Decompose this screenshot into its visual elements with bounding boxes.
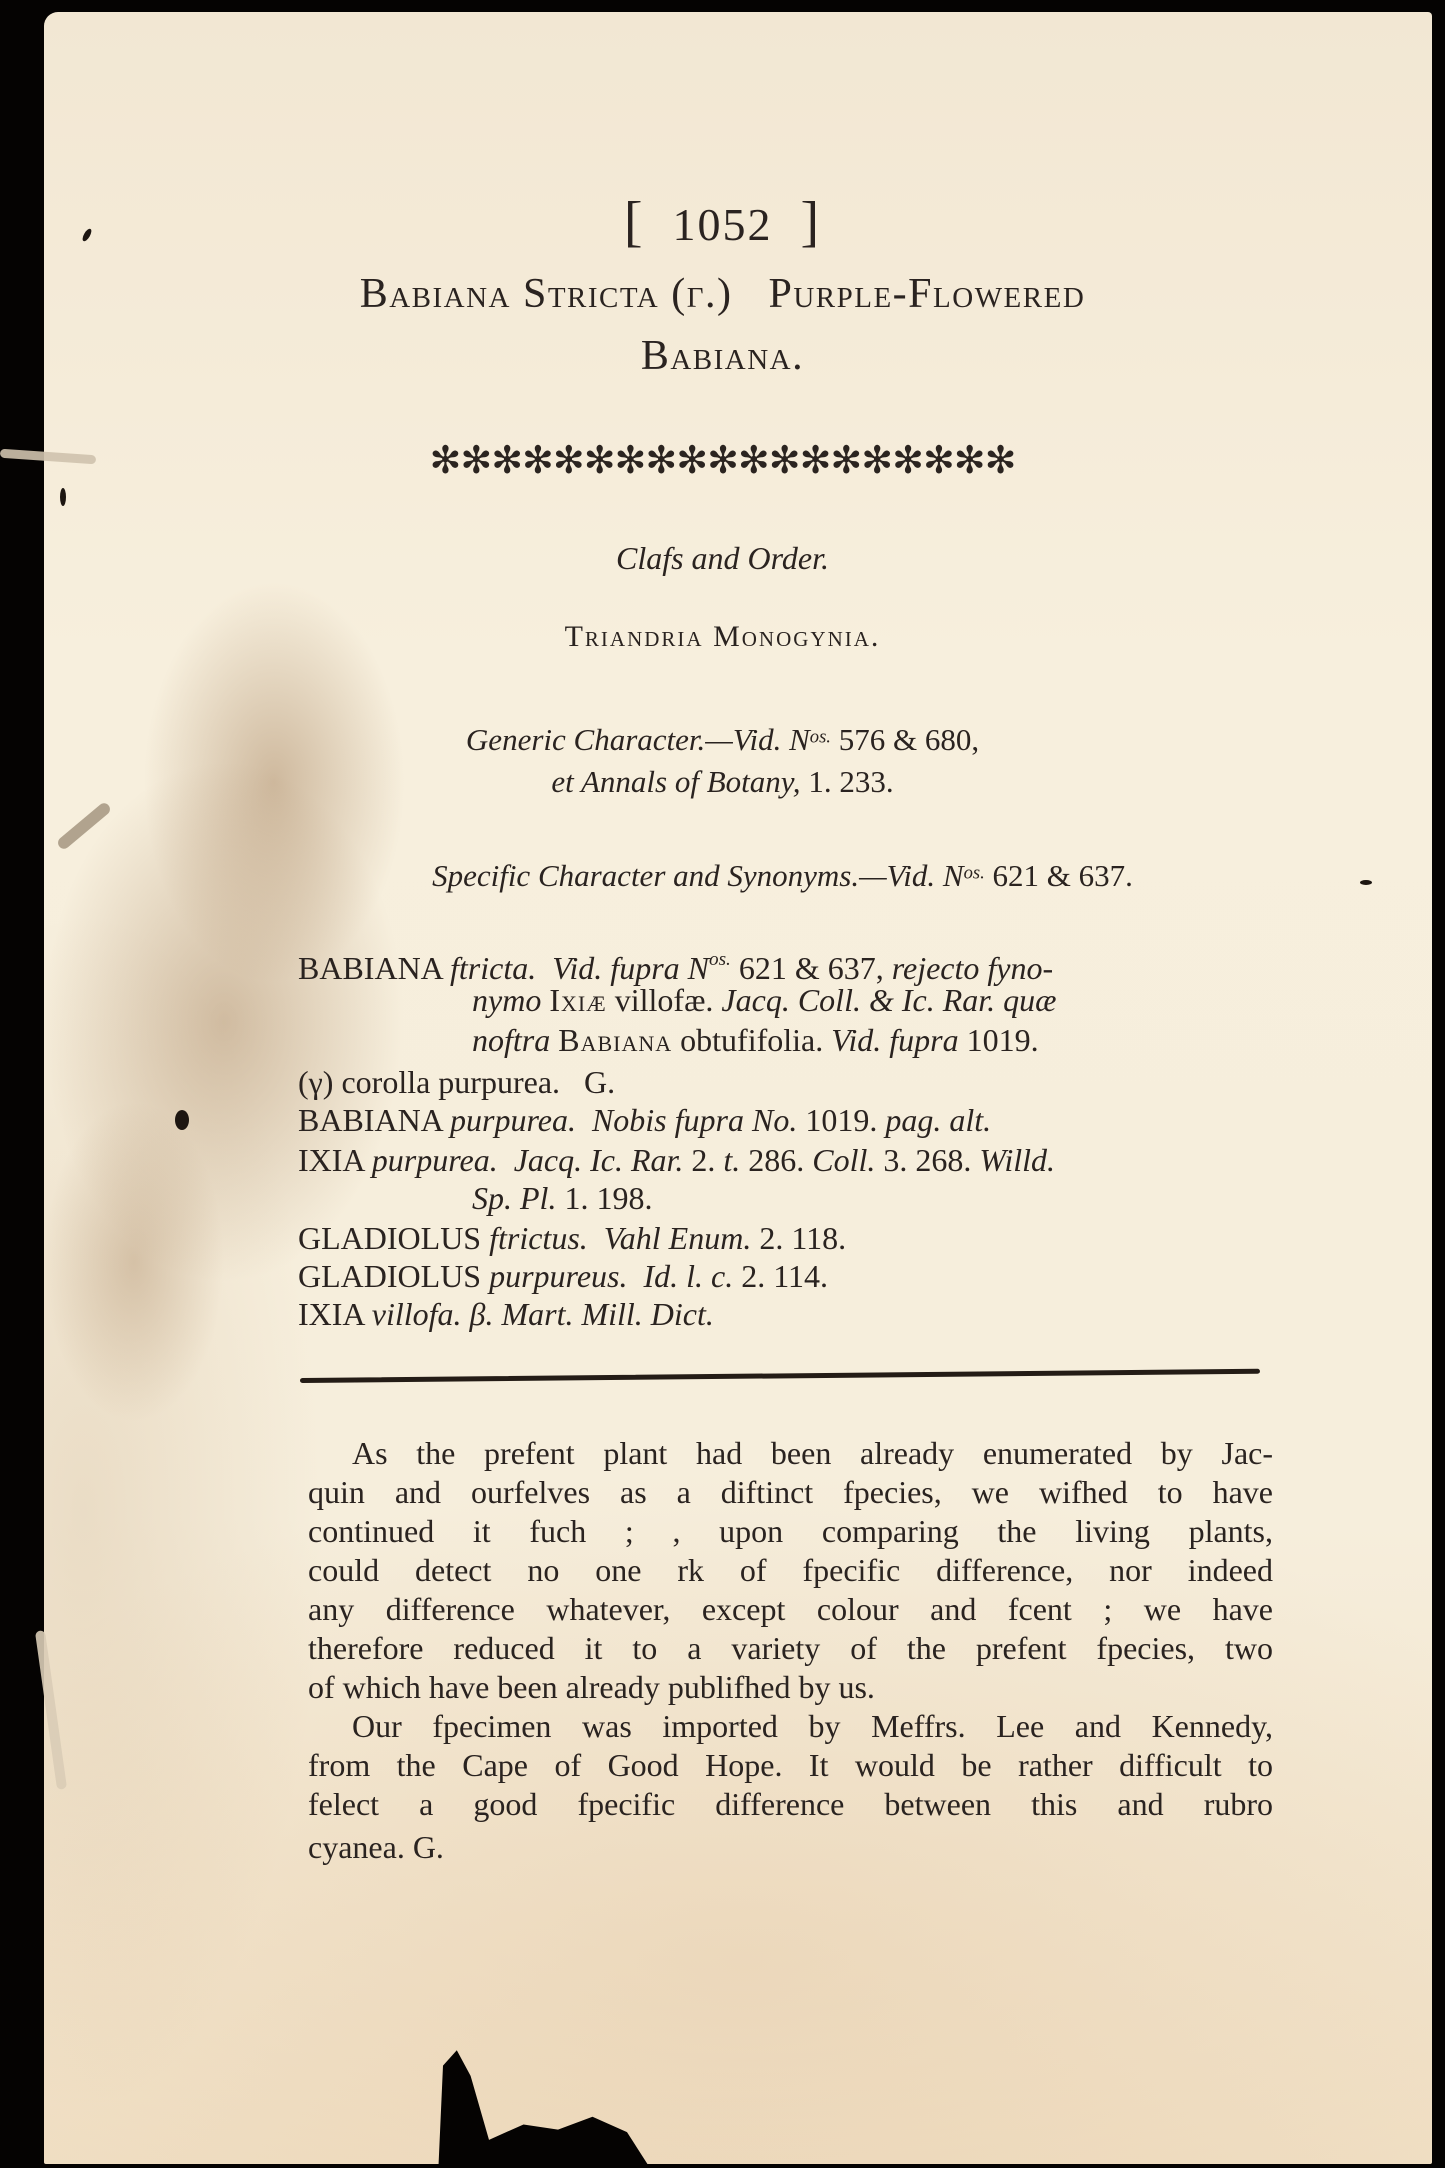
- reference-num: 286.: [740, 1142, 812, 1178]
- epithet: obtufifolia.: [680, 1022, 823, 1058]
- synonym-entry: GLADIOLUS ftrictus. Vahl Enum. 2. 118.: [298, 1218, 846, 1258]
- title-latin: Babiana Stricta (γ.): [360, 271, 733, 317]
- synonym-continuation: noftra Babiana obtufifolia. Vid. fupra 1…: [472, 1020, 1039, 1060]
- body-line: could detect no one rk of fpecific diffe…: [308, 1551, 1273, 1590]
- generic-character: Generic Character.—Vid. Nos. 576 & 680,: [0, 722, 1445, 758]
- reference: β. Mart. Mill. Dict.: [470, 1296, 714, 1332]
- nos-superscript: os.: [964, 862, 985, 883]
- ink-spot: [60, 488, 66, 506]
- genus: BABIANA: [298, 1102, 442, 1138]
- generic-label: Generic Character.—Vid. N: [466, 722, 810, 757]
- synonym-entry: GLADIOLUS purpureus. Id. l. c. 2. 114.: [298, 1256, 828, 1296]
- reference-num: 2.: [683, 1142, 723, 1178]
- page-title: Babiana Stricta (γ.)Purple-Flowered: [0, 270, 1445, 318]
- generic-refs: 576 & 680,: [831, 722, 979, 757]
- body-line: As the prefent plant had been already en…: [352, 1434, 1273, 1473]
- epithet: villofæ.: [615, 982, 714, 1018]
- coll-abbrev: Coll.: [812, 1142, 875, 1178]
- variety-marker: (γ): [298, 1064, 333, 1100]
- reference-num: 1019.: [797, 1102, 885, 1138]
- synonym-entry: IXIA villofa. β. Mart. Mill. Dict.: [298, 1294, 714, 1334]
- reference-num: 3. 268.: [875, 1142, 979, 1178]
- genus: BABIANA: [298, 950, 442, 986]
- tab-abbrev: t.: [723, 1142, 740, 1178]
- genus: GLADIOLUS: [298, 1258, 481, 1294]
- synonym-entry: IXIA purpurea. Jacq. Ic. Rar. 2. t. 286.…: [298, 1140, 1055, 1180]
- epithet: purpureus.: [489, 1258, 627, 1294]
- reference: Nobis fupra No.: [592, 1102, 797, 1138]
- synonym-entry: BABIANA purpurea. Nobis fupra No. 1019. …: [298, 1100, 991, 1140]
- reference: Jacq. Ic. Rar.: [514, 1142, 684, 1178]
- epithet: ftrictus.: [489, 1220, 588, 1256]
- body-line: from the Cape of Good Hope. It would be …: [308, 1746, 1273, 1785]
- text: noftra: [472, 1022, 550, 1058]
- epithet: purpurea.: [372, 1142, 498, 1178]
- page-number: [1052]: [0, 190, 1445, 254]
- variety-entry: (γ) corolla purpurea. G.: [298, 1062, 615, 1102]
- genus: GLADIOLUS: [298, 1220, 481, 1256]
- class-order-value: Triandria Monogynia.: [0, 620, 1445, 654]
- nos-superscript: os.: [709, 949, 731, 970]
- body-line: of which have been already publifhed by …: [308, 1668, 1273, 1707]
- generic-character-line2: et Annals of Botany, 1. 233.: [0, 764, 1445, 800]
- epithet: villofa.: [372, 1296, 462, 1332]
- reference-num: 1019.: [967, 1022, 1039, 1058]
- page-number-value: 1052: [673, 199, 773, 250]
- bracket-right: ]: [773, 191, 850, 253]
- asterisk-ornament-divider: ✻✻✻✻✻✻✻✻✻✻✻✻✻✻✻✻✻✻✻: [0, 438, 1445, 483]
- reference: Vid. fupra: [831, 1022, 958, 1058]
- genus-smallcaps: Babiana: [558, 1022, 672, 1058]
- epithet: purpurea.: [450, 1102, 576, 1138]
- reference-num: 2. 114.: [733, 1258, 828, 1294]
- annals-num: 1. 233.: [801, 764, 894, 799]
- ink-spot: [175, 1110, 189, 1130]
- synonym-continuation: Sp. Pl. 1. 198.: [472, 1178, 652, 1218]
- class-order-heading: Clafs and Order.: [0, 540, 1445, 577]
- author-initial: G.: [584, 1064, 615, 1100]
- body-line: therefore reduced it to a variety of the…: [308, 1629, 1273, 1668]
- reference: Sp. Pl.: [472, 1180, 556, 1216]
- synonym-continuation: nymo Ixiæ villofæ. Jacq. Coll. & Ic. Rar…: [472, 980, 1057, 1020]
- annals-ref: et Annals of Botany,: [551, 764, 800, 799]
- nos-superscript: os.: [810, 726, 831, 747]
- body-line: cyanea. G.: [308, 1828, 1273, 1867]
- reference-num: 2. 118.: [751, 1220, 846, 1256]
- body-line: Our fpecimen was imported by Meffrs. Lee…: [352, 1707, 1273, 1746]
- bracket-left: [: [596, 191, 673, 253]
- specific-refs: 621 & 637.: [985, 858, 1133, 893]
- reference: Vahl Enum.: [604, 1220, 752, 1256]
- reference: Id. l. c.: [643, 1258, 733, 1294]
- title-common: Purple-Flowered: [768, 271, 1085, 317]
- variety-description: corolla purpurea.: [341, 1064, 560, 1100]
- specific-label: Specific Character and Synonyms.—Vid. N: [432, 858, 964, 893]
- text: nymo: [472, 982, 541, 1018]
- genus-smallcaps: Ixiæ: [549, 982, 606, 1018]
- reference-tail: Willd.: [979, 1142, 1055, 1178]
- specific-character: Specific Character and Synonyms.—Vid. No…: [60, 858, 1445, 894]
- body-line: quin and ourfelves as a diftinct fpecies…: [308, 1473, 1273, 1512]
- page-title-line2: Babiana.: [0, 332, 1445, 380]
- genus: IXIA: [298, 1296, 364, 1332]
- body-line: continued it fuch ; , upon comparing the…: [308, 1512, 1273, 1551]
- body-line: any difference whatever, except colour a…: [308, 1590, 1273, 1629]
- genus: IXIA: [298, 1142, 364, 1178]
- reference-tail: pag. alt.: [885, 1102, 991, 1138]
- body-line: felect a good fpecific difference betwee…: [308, 1785, 1273, 1824]
- reference-num: 1. 198.: [556, 1180, 652, 1216]
- reference: Jacq. Coll. & Ic. Rar. quæ: [721, 982, 1056, 1018]
